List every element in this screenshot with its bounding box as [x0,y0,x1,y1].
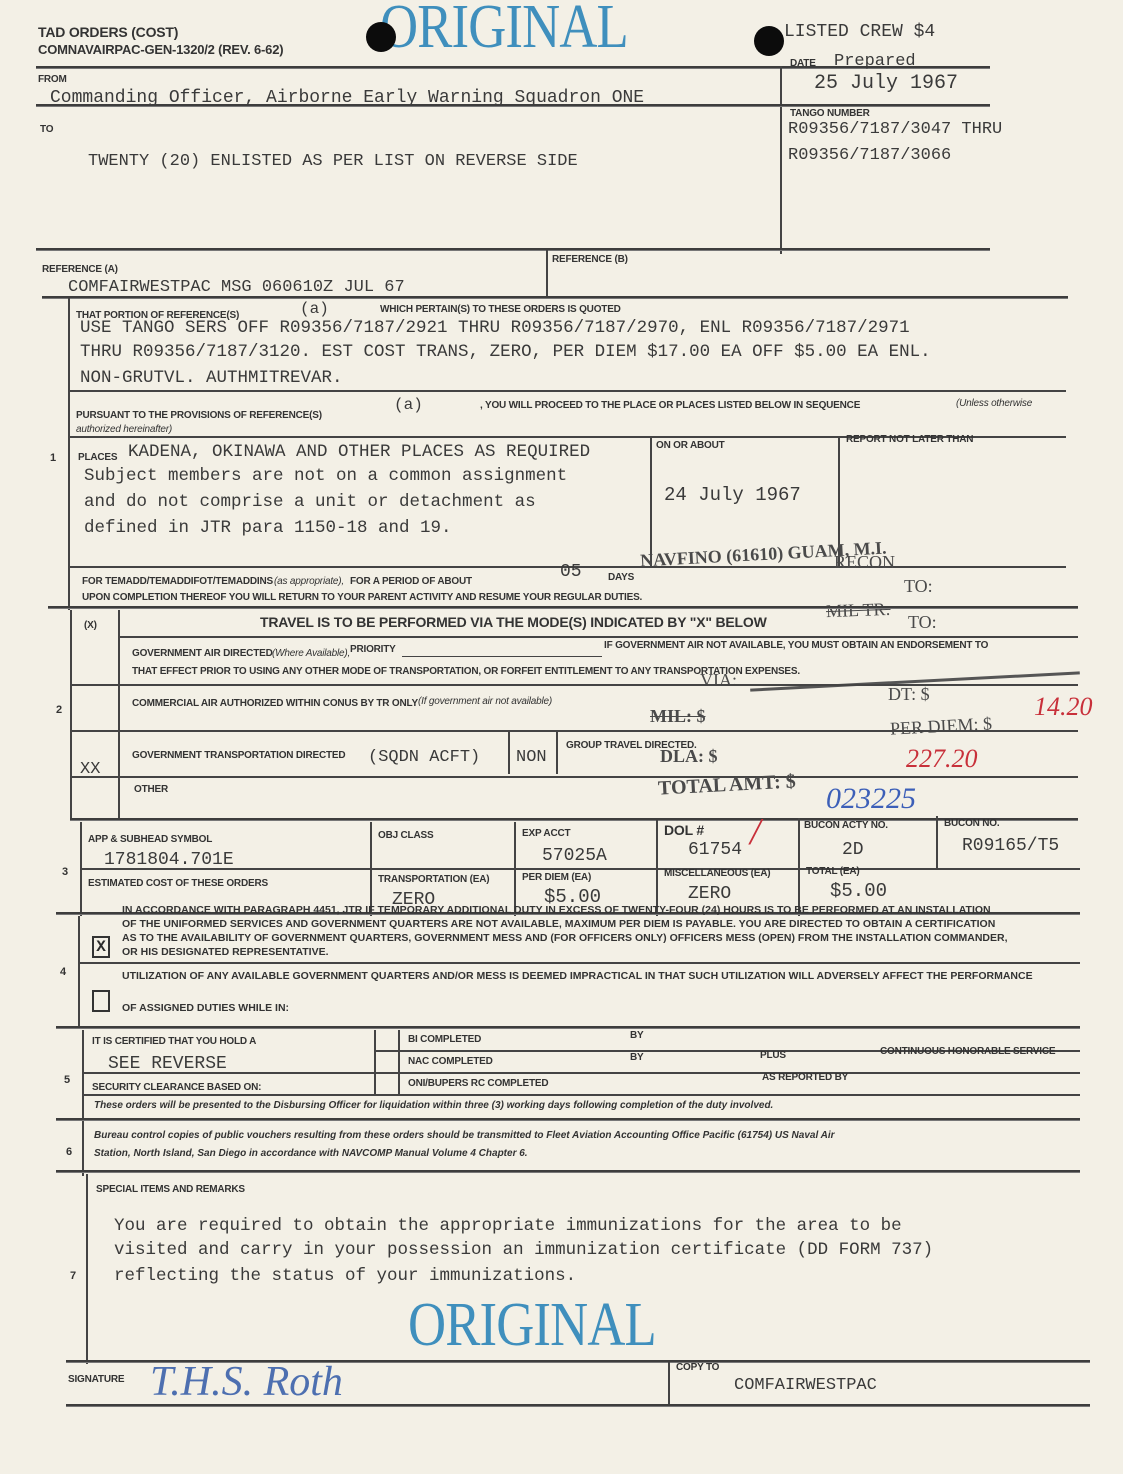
gov-air-note: (Where Available), [272,648,350,659]
certified-value[interactable]: SEE REVERSE [108,1054,227,1074]
dt-label: DT: $ [888,684,930,705]
reference-b-label: REFERENCE (b) [552,254,628,265]
certified-label: IT IS CERTIFIED THAT YOU HOLD A [92,1036,256,1047]
continuous-service-label: CONTINUOUS HONORABLE SERVICE [880,1046,1055,1057]
reference-a-value[interactable]: COMFAIRWESTPAC MSG 060610Z JUL 67 [68,278,405,297]
section-4-para1-line4: OR HIS DESIGNATED REPRESENTATIVE. [122,946,329,959]
days-value[interactable]: 05 [560,562,582,582]
punch-hole-right [754,26,784,56]
section-4-para1-line1: IN ACCORDANCE WITH PARAGRAPH 4451, JTR I… [122,904,991,917]
remarks-line2: visited and carry in your possession an … [114,1240,933,1260]
remarks-line1: You are required to obtain the appropria… [114,1216,902,1236]
remarks-line3: defined in JTR para 1150-18 and 19. [84,518,452,538]
section-4-number: 4 [60,966,66,978]
form-number: COMNAVAIRPAC-GEN-1320/2 (REV. 6-62) [38,42,283,57]
period-label: FOR TEMADD/TEMADDIFOT/TEMADDINS [82,576,273,587]
section-6-line1: Bureau control copies of public vouchers… [94,1130,835,1141]
bi-completed-label: BI COMPLETED [408,1034,481,1045]
app-subhead-value[interactable]: 1781804.701E [104,850,234,870]
transportation-label: TRANSPORTATION (ea) [378,874,489,885]
overprint-via: VIA: [700,670,737,691]
quoted-label-post: WHICH PERTAIN(S) TO THESE ORDERS IS QUOT… [380,304,621,315]
section-6-number: 6 [66,1146,72,1158]
remarks-line1: Subject members are not on a common assi… [84,466,567,486]
dol-check-mark: / [750,810,761,854]
section-2-number: 2 [56,704,62,716]
on-or-about-label: ON OR ABOUT [656,440,725,451]
overprint-mil-tr: MIL TR: [826,599,891,622]
overprint-to: TO: [904,576,933,597]
gov-air-post: IF GOVERNMENT AIR NOT AVAILABLE, YOU MUS… [604,640,988,651]
date-note: Prepared [834,52,916,71]
estimated-cost-label: ESTIMATED COST OF THESE ORDERS [88,878,268,889]
copy-to-label: COPY TO [676,1362,719,1373]
exp-acct-label: EXP ACCT [522,828,570,839]
from-label: FROM [38,74,67,85]
section-3-number: 3 [62,866,68,878]
punch-hole-left [366,22,396,52]
obj-class-label: OBJ CLASS [378,830,433,841]
section-5-number: 5 [64,1074,70,1086]
per-diem-label[interactable]: PER DIEM: $ [890,713,993,739]
travel-title: TRAVEL IS TO BE PERFORMED VIA THE MODE(S… [260,614,767,630]
misc-value[interactable]: ZERO [688,884,731,904]
pursuant-note1: (Unless otherwise [956,398,1032,409]
quarters-checkbox-2[interactable] [92,990,110,1012]
app-subhead-label: APP & SUBHEAD SYMBOL [88,834,212,845]
quoted-ref[interactable]: (a) [300,300,329,318]
by-label-2: BY [630,1052,644,1063]
quarters-checkbox-1[interactable]: X [92,936,110,958]
other-label: OTHER [134,784,168,795]
pursuant-label: PURSUANT TO THE PROVISIONS OF REFERENCE(… [76,410,322,421]
to-label: TO [40,124,53,135]
plus-label: PLUS [760,1050,786,1061]
remarks-line2: and do not comprise a unit or detachment… [84,492,536,512]
section-6-line2: Station, North Island, San Diego in acco… [94,1148,528,1159]
commercial-air-note: (If government air not available) [418,696,552,707]
nac-completed-label: NAC COMPLETED [408,1056,493,1067]
tango-label: TANGO NUMBER [790,108,870,119]
signature-label: SIGNATURE [68,1374,124,1385]
original-stamp-top: ORIGINAL [380,0,628,63]
places-value[interactable]: KADENA, OKINAWA AND OTHER PLACES AS REQU… [128,442,590,462]
total-ea-label: TOTAL (ea) [806,866,860,877]
section-1-number: 1 [50,452,56,464]
bucon-acty-label: BUCON ACTY NO. [804,820,888,831]
period-note: (as appropriate), [274,576,344,587]
per-diem-handwritten: 14.20 [1034,692,1093,722]
oni-bupers-label: ONI/BUPERS RC COMPLETED [408,1078,548,1089]
bucon-acty-value[interactable]: 2D [842,840,864,860]
priority-field[interactable] [402,656,602,657]
pursuant-label-post: , YOU WILL PROCEED TO THE PLACE OR PLACE… [480,400,860,411]
per-diem-ea-label: PER DIEM (ea) [522,872,591,883]
special-items-label: SPECIAL ITEMS AND REMARKS [96,1184,245,1195]
quoted-line3: NON-GRUTVL. AUTHMITREVAR. [80,368,343,388]
gov-trans-label: GOVERNMENT TRANSPORTATION DIRECTED [132,750,345,761]
disbursing-note: These orders will be presented to the Di… [94,1100,773,1111]
section-4-para2-line1: UTILIZATION OF ANY AVAILABLE GOVERNMENT … [122,970,1033,983]
form-title: TAD ORDERS (Cost) [38,24,178,40]
by-label-1: BY [630,1030,644,1041]
section-4-para1-line2: OF THE UNIFORMED SERVICES AND GOVERNMENT… [122,918,995,931]
overprint-recon: RECON [834,552,895,573]
total-amt-handwritten: 023225 [826,782,916,816]
section-4-para2-line2: OF ASSIGNED DUTIES WHILE IN: [122,1002,289,1015]
quoted-line1: USE TANGO SERS OFF R09356/7187/2921 THRU… [80,318,910,338]
mil-label: MIL: $ [650,706,706,727]
dla-handwritten: 227.20 [906,744,978,774]
date-value[interactable]: 25 July 1967 [814,72,958,95]
crew-note: LISTED CREW $4 [784,22,935,42]
period-mid: FOR A PERIOD OF ABOUT [350,576,472,587]
section-7-number: 7 [70,1270,76,1282]
original-stamp-bottom: ORIGINAL [408,1290,656,1361]
bucon-no-value[interactable]: R09165/T5 [962,836,1059,856]
overprint-to2: TO: [908,612,937,633]
tango-line2[interactable]: R09356/7187/3066 [788,146,951,165]
reference-a-label: REFERENCE (a) [42,264,118,275]
gov-air-label: GOVERNMENT AIR DIRECTED [132,648,273,659]
exp-acct-value[interactable]: 57025A [542,846,607,866]
to-value[interactable]: TWENTY (20) ENLISTED AS PER LIST ON REVE… [88,152,578,171]
section-4-para1-line3: AS TO THE AVAILABILITY OF GOVERNMENT QUA… [122,932,1008,945]
date-label: DATE [790,58,816,69]
places-label: PLACES [78,452,117,463]
dla-label: DLA: $ [660,746,718,767]
period-line2: UPON COMPLETION THEREOF YOU WILL RETURN … [82,592,642,603]
bucon-no-label: BUCON NO. [944,818,999,829]
total-amt-label[interactable]: TOTAL AMT: $ [657,770,796,800]
on-or-about-value[interactable]: 24 July 1967 [664,484,801,506]
gov-trans-value[interactable]: (SQDN ACFT) [368,748,480,767]
quoted-line2: THRU R09356/7187/3120. EST COST TRANS, Z… [80,342,931,362]
tango-line1[interactable]: R09356/7187/3047 THRU [788,120,1002,139]
non-value: NON [516,748,547,767]
clearance-label: SECURITY CLEARANCE BASED ON: [92,1082,261,1093]
commercial-air-label: COMMERCIAL AIR AUTHORIZED WITHIN CONUS B… [132,698,418,709]
pursuant-note2: authorized hereinafter) [76,424,172,435]
copy-to-value[interactable]: COMFAIRWESTPAC [734,1376,877,1395]
pursuant-ref[interactable]: (a) [394,396,423,414]
days-label: DAYS [608,572,634,583]
as-reported-label: AS REPORTED BY [762,1072,848,1083]
dol-value[interactable]: 61754 [688,840,742,860]
gov-air-priority: PRIORITY [350,644,396,655]
x-column-header: (X) [84,620,97,631]
total-ea-value[interactable]: $5.00 [830,880,887,902]
signature-value[interactable]: T.H.S. Roth [150,1358,343,1406]
report-not-later-label: REPORT NOT LATER THAN [846,434,973,445]
dol-label: DOL # [664,822,704,838]
misc-label: MISCELLANEOUS (ea) [664,868,770,879]
remarks-line3: reflecting the status of your immunizati… [114,1266,576,1286]
